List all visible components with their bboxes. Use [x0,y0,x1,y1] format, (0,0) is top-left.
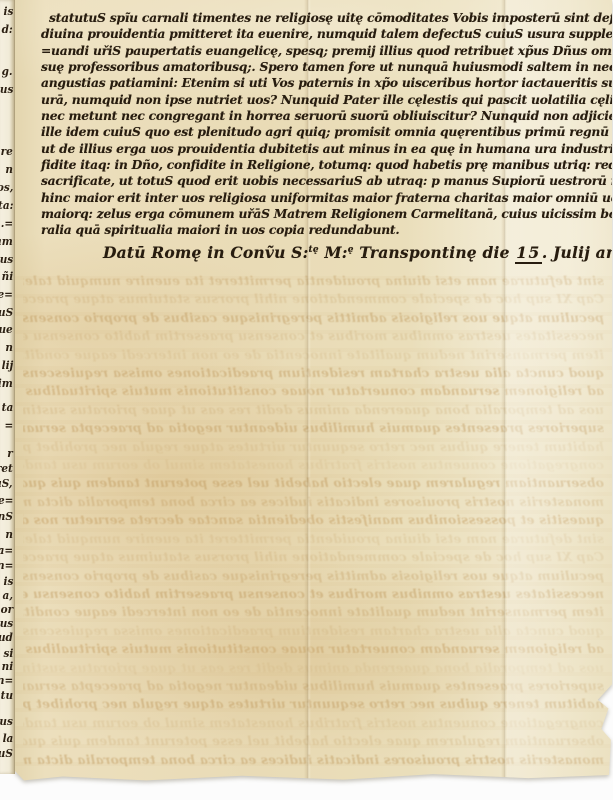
bleedthrough-line: peculium atque uos religiosis admittis p… [23,309,604,327]
letter-line-14: ralia quā spiritualia maiori in uos copi… [41,222,609,238]
dateline-place: Transpontinę die [354,243,516,262]
facing-page-fragment: r [7,448,13,461]
bleedthrough-line: ad religionem seruandam conuertatur noua… [23,382,604,400]
bleedthrough-line: peculium atque uos religiosis admittis p… [23,567,604,585]
facing-page-fragment: ra= [0,545,13,558]
facing-page-fragment: ni [1,661,13,674]
manuscript-scan: isd:g.iusrenos,ita:a.=amnusñide=iuSquenl… [0,0,613,800]
dateline-day: 15 [515,243,542,264]
letter-line-13: maiorq: zelus erga cōmunem uřāS Matrem R… [41,206,609,222]
facing-page-fragment: se= [0,495,13,508]
facing-page-fragment: ius [0,84,13,97]
facing-page-fragment: is [3,6,13,19]
bleedthrough-line: congregatione conuentus nostris fratribu… [23,456,604,474]
bleedthrough-line: obseruantiam regularem quae electio habe… [23,732,604,750]
facing-page-fragment: in= [0,560,13,573]
letter-line-8: ille idem cuiuS quo est plenitudo agri q… [41,124,609,140]
facing-page-fragment: os, [0,182,13,195]
letter-line-11: sacrificate, ut totuS quod erit uobis ne… [41,173,609,189]
facing-page-fragment: ñi [1,271,13,284]
bleedthrough-line: Cap XI sup hoc de speciale commendatione… [23,548,604,566]
facing-page-fragment: is [3,576,13,589]
bleedthrough-line: habitum tenere quibus nec retro sequuntu… [23,695,604,713]
bleedthrough-line: superiores praesentes quamuis humilibus … [23,677,604,695]
facing-page-fragment: nS [0,511,13,524]
facing-page-fragment: am [0,236,13,249]
facing-page-fragment: a.= [0,218,13,231]
letter-line-12: hinc maior erit inter uos religiosa unif… [41,190,609,206]
facing-page-fragment: a, [3,590,13,603]
facing-page-fragment: n [5,342,13,355]
facing-page-fragment: nus [0,254,13,267]
bleedthrough-line: quod cuncta alia uestra chartam resident… [23,364,604,382]
facing-page-fragment: n= [0,675,13,688]
bleedthrough-line: uos ad temporalia bona quaerenda animus … [23,401,604,419]
facing-page-fragment: n [5,164,13,177]
bleedthrough-line: quod cuncta alia uestra chartam resident… [23,622,604,640]
facing-page-fragment: re [1,146,13,159]
facing-page-fragment: uS [0,748,13,761]
bleedthrough-line: item permanserint nedum qualitate innoce… [23,603,604,621]
letter-line-5: angustias patiamini: Etenim si uti Vos p… [41,75,609,91]
bleedthrough-line: congregatione conuentus nostris fratribu… [23,714,604,732]
facing-page-fragment: la [2,733,13,746]
letter-line-7: nec metunt nec congregant in horrea seru… [41,108,609,124]
bleedthrough-line: necessitates uestras omnibus moribus et … [23,585,604,603]
letter-line-2: diuina prouidentia pmitteret ita euenire… [41,26,609,42]
facing-page-fragment: ret [0,463,13,476]
bleedthrough-line: ad religionem seruandam conuertatur noua… [23,640,604,658]
facing-page-fragment: ita: [0,200,13,213]
facing-page-fragment: bus [0,716,13,729]
letter-line-6: urā, numquid non ipse nutriet uos? Nunqu… [41,92,609,108]
facing-page-fragment: que [0,324,13,337]
letter-line-10: fidite itaq: in Dño, confidite in Religi… [41,157,609,173]
dateline-prefix: Datū Romę in Conṽu [103,243,291,262]
bleedthrough-line: sint defuturae nam etsi diuina prouident… [23,272,604,290]
scanner-backdrop [0,782,613,800]
bleedthrough-line: habitum tenere quibus nec retro sequuntu… [23,438,604,456]
abbr-sanctae: S:tę [291,243,319,262]
facing-page-fragment: iud [0,632,13,645]
facing-page-fragment: im [0,378,13,391]
facing-page-fragment: si [3,648,13,661]
facing-page-fragment: de= [0,289,13,302]
bleedthrough-line: uos ad temporalia bona quaerenda animus … [23,659,604,677]
bleedthrough-text: sint defuturae nam etsi diuina prouident… [23,272,604,772]
bleedthrough-line: Cap XI sup hoc de speciale commendatione… [23,290,604,308]
facing-page-fragment: us [0,618,13,631]
facing-page-edge: isd:g.iusrenos,ita:a.=amnusñide=iuSquenl… [0,0,15,774]
facing-page-fragment: ta [1,402,13,415]
bleedthrough-line: obseruantiam regularem quae electio habe… [23,474,604,492]
letter-body: statutuS spĩu carnali timentes ne religi… [41,10,609,239]
dateline: Datū Romę in Conṽu S:tę M:ę Transpontinę… [103,243,612,262]
facing-page-fragment: iuS [0,307,13,320]
facing-page-fragment: g. [2,66,13,79]
dateline-month: . Julij anno [542,243,612,262]
facing-page-fragment: iuS, [0,478,13,491]
facing-page-fragment: tu [1,690,13,703]
letter-line-3: =uandi uřiS paupertatis euangelicę, spes… [41,43,609,59]
bleedthrough-line: quaesitis et possessionibus manifestis o… [23,511,604,529]
facing-page-fragment: = [4,420,13,433]
letter-line-1: statutuS spĩu carnali timentes ne religi… [41,10,609,26]
facing-page-fragment: or [1,604,13,617]
bleedthrough-line: sint defuturae nam etsi diuina prouident… [23,530,604,548]
facing-page-fragment: d: [2,24,13,37]
abbr-mariae: M:ę [319,243,354,262]
bleedthrough-line: item permanserint nedum qualitate innoce… [23,346,604,364]
facing-page-fragment: lij [1,360,13,373]
manuscript-page: sint defuturae nam etsi diuina prouident… [15,0,612,782]
letter-line-4: suę professoribus amatoribusq;. Spero ta… [41,59,609,75]
page-shadow-wrap: sint defuturae nam etsi diuina prouident… [15,0,612,782]
bleedthrough-line: monasteriis nostris prouisores indicatis… [23,493,604,511]
bleedthrough-line: monasteriis nostris prouisores indicatis… [23,751,604,769]
letter-line-9: ut de illius erga uos prouidentia dubite… [41,141,609,157]
facing-page-fragment: n [5,529,13,542]
bleedthrough-line: necessitates uestras omnibus moribus et … [23,327,604,345]
bleedthrough-line: superiores praesentes quamuis humilibus … [23,419,604,437]
